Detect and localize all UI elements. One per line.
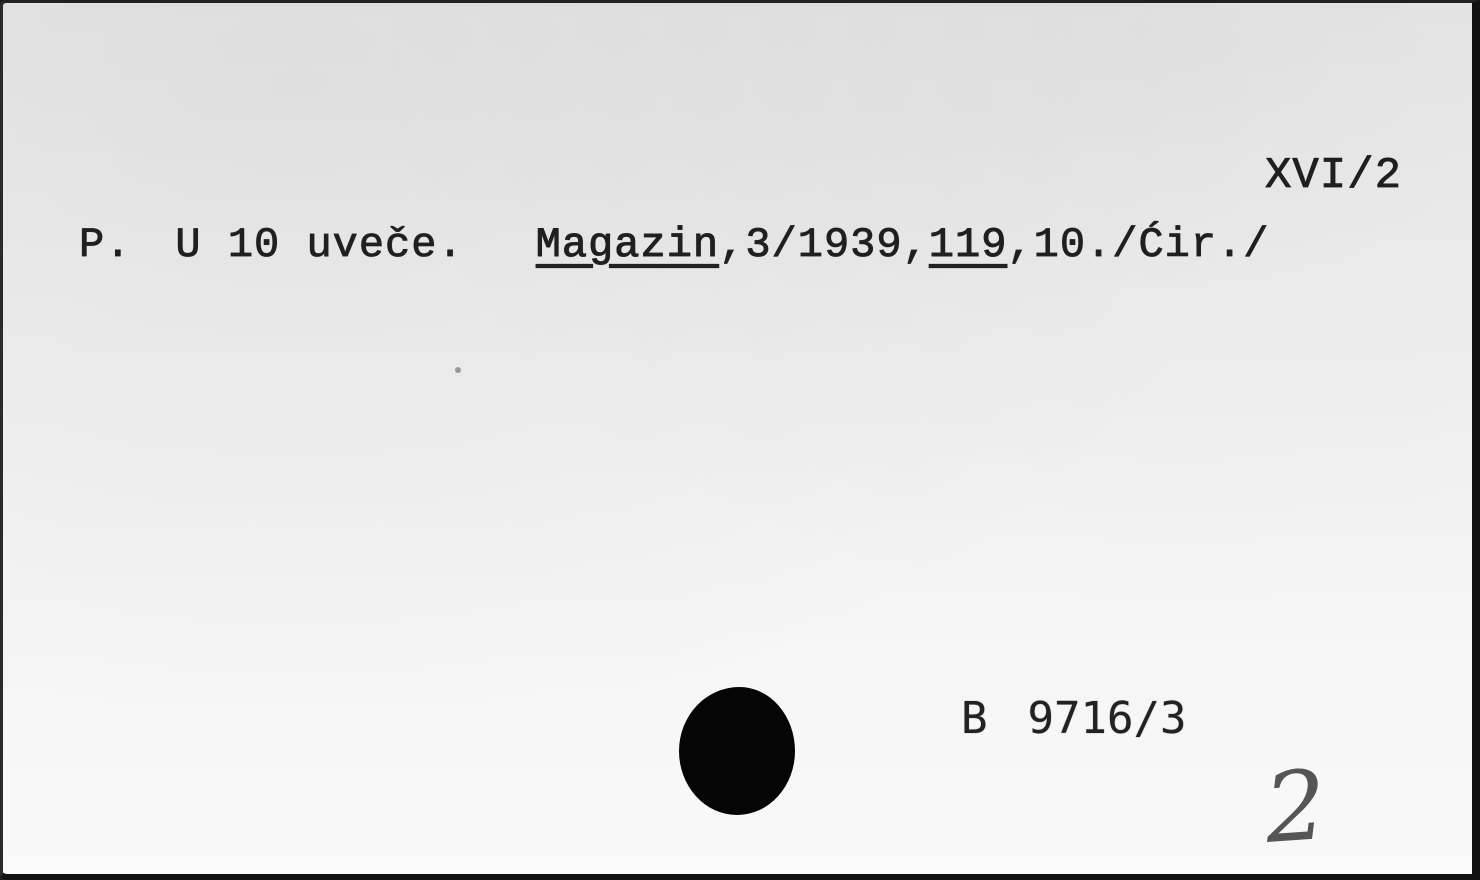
punch-hole-icon <box>679 687 795 815</box>
source-title: Magazin <box>536 221 719 269</box>
signature-prefix: B <box>961 693 988 744</box>
source-separator: , <box>719 221 745 269</box>
catalog-entry: P.U 10 uveče.Magazin,3/1939,119,10./Ćir.… <box>79 221 1269 269</box>
source-separator: , <box>903 221 929 269</box>
index-card: XVI/2 P.U 10 uveče.Magazin,3/1939,119,10… <box>0 0 1480 880</box>
author-note: /Ćir./ <box>1112 221 1269 269</box>
entry-title: U 10 uveče. <box>175 221 463 269</box>
issue-date: 3/1939 <box>745 221 902 269</box>
ink-speck <box>455 367 461 373</box>
handwritten-mark: 2 <box>1261 749 1330 865</box>
shelf-signature: B9716/3 <box>961 693 1186 744</box>
signature-number: 9716/3 <box>1028 693 1187 744</box>
issue-number: 119 <box>929 221 1008 269</box>
call-number: XVI/2 <box>1265 151 1402 201</box>
entry-type-prefix: P. <box>79 221 131 269</box>
page-part: ,10. <box>1007 221 1112 269</box>
